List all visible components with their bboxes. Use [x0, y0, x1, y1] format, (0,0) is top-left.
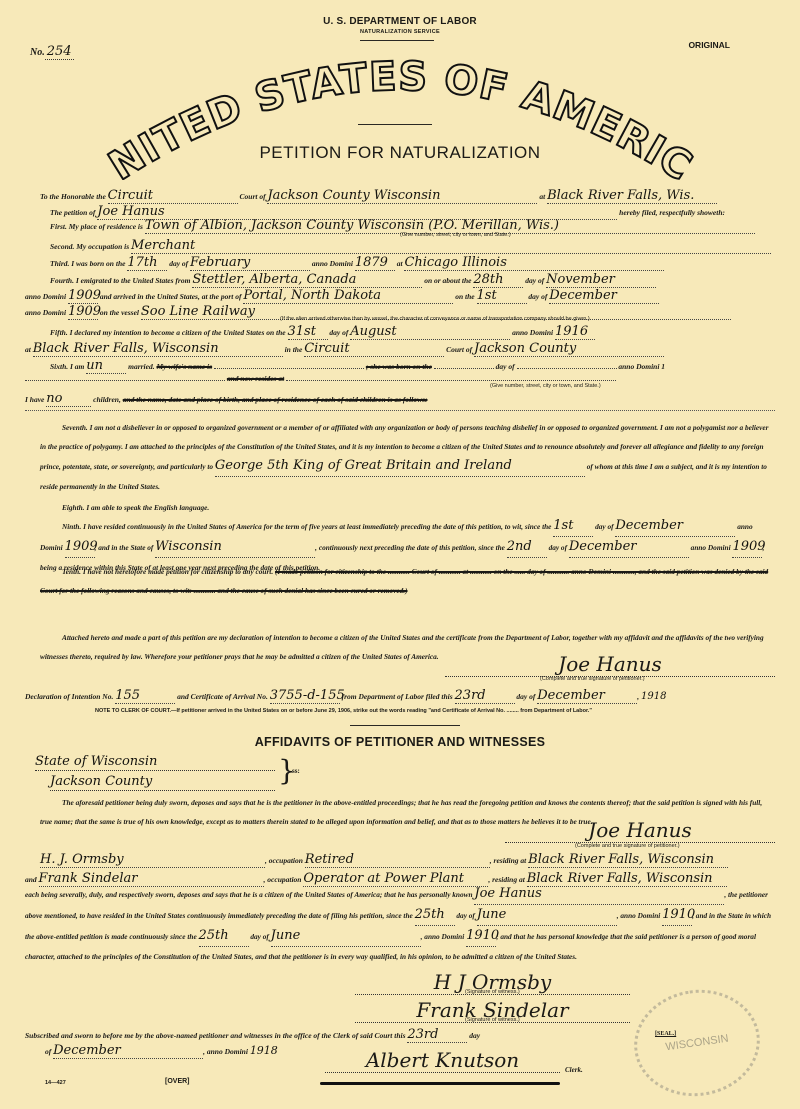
tenth-paragraph: Tenth. I have not heretofore made petiti…: [40, 562, 775, 600]
occupation-line: Second. My occupation is Merchant: [50, 238, 771, 254]
affidavits-title: AFFIDAVITS OF PETITIONER AND WITNESSES: [0, 735, 800, 749]
petition-number: No.254: [30, 44, 74, 59]
petitioner-signature-line: Joe Hanus: [445, 652, 775, 677]
deputy-clerk-struck-line: [320, 1082, 560, 1085]
service-subheading: NATURALIZATION SERVICE: [0, 29, 800, 35]
clerk-note: NOTE TO CLERK OF COURT.—If petitioner ar…: [95, 708, 592, 714]
emigration-line: Fourth. I emigrated to the United States…: [50, 272, 656, 288]
children-line: I have no children, and the name, date a…: [25, 391, 428, 407]
form-title: PETITION FOR NATURALIZATION: [0, 143, 800, 163]
court-line: To the Honorable the Circuit Court of Ja…: [40, 188, 717, 204]
petitioner-name: Joe Hanus: [97, 204, 164, 219]
vessel-hint: (If the alien arrived otherwise than by …: [280, 316, 590, 322]
residence-value: Town of Albion, Jackson County Wisconsin…: [145, 218, 559, 233]
ss-label: ss:: [292, 767, 300, 775]
declaration-place-line: at Black River Falls, Wisconsin in the C…: [25, 341, 664, 357]
blank-line: [25, 410, 775, 411]
witness-oath: each being severally, duly, and respecti…: [25, 884, 775, 966]
venue-county: Jackson County: [50, 774, 152, 789]
occupation-value: Merchant: [131, 238, 195, 253]
clerk-label: Clerk.: [565, 1066, 583, 1074]
venue-state: State of Wisconsin: [35, 754, 157, 769]
court-type: Circuit: [108, 188, 153, 203]
department-heading: U. S. DEPARTMENT OF LABOR: [0, 16, 800, 27]
oath-signature-line: Joe Hanus: [505, 818, 775, 843]
court-seal-stamp: WISCONSIN: [627, 982, 767, 1105]
witness1-line: H. J. Ormsby, occupation Retired, residi…: [40, 852, 728, 868]
petitioner-signature: Joe Hanus: [558, 652, 662, 676]
subscribed-line: Subscribed and sworn to before me by the…: [25, 1027, 480, 1043]
seventh-paragraph: Seventh. I am not a disbeliever in or op…: [40, 418, 775, 496]
clerk-signature-line: Albert Knutson: [325, 1048, 560, 1073]
arrival-line: anno Domini 1909 and arrived in the Unit…: [25, 288, 659, 304]
title-rule: [358, 124, 432, 125]
form-code: 14—427: [45, 1080, 66, 1086]
sovereign: George 5th King of Great Britain and Ire…: [215, 458, 512, 473]
declaration-line: Fifth. I declared my intention to become…: [50, 324, 595, 340]
over-label: [OVER]: [165, 1078, 190, 1085]
birth-line: Third. I was born on the 17th day of Feb…: [50, 255, 664, 271]
court-of: Jackson County Wisconsin: [267, 188, 440, 203]
address-hint: (Give number, street, city or town, and …: [490, 383, 601, 389]
declaration-certificate-line: Declaration of Intention No. 155 and Cer…: [25, 688, 666, 704]
marital-line: Sixth. I am un married. My wife's name i…: [50, 358, 665, 374]
subscribed-month-line: of December, anno Domini 1918: [45, 1043, 278, 1059]
court-location: Black River Falls, Wis.: [547, 188, 694, 203]
petition-number-value: 254: [45, 44, 74, 60]
signature-hint: (Complete and true signature of petition…: [540, 676, 645, 682]
witness1-name: H. J. Ormsby: [40, 852, 124, 867]
eighth-paragraph: Eighth. I am able to speak the English l…: [40, 498, 775, 517]
resides-line: and now resides at: [25, 374, 616, 383]
section-rule: [350, 725, 460, 726]
